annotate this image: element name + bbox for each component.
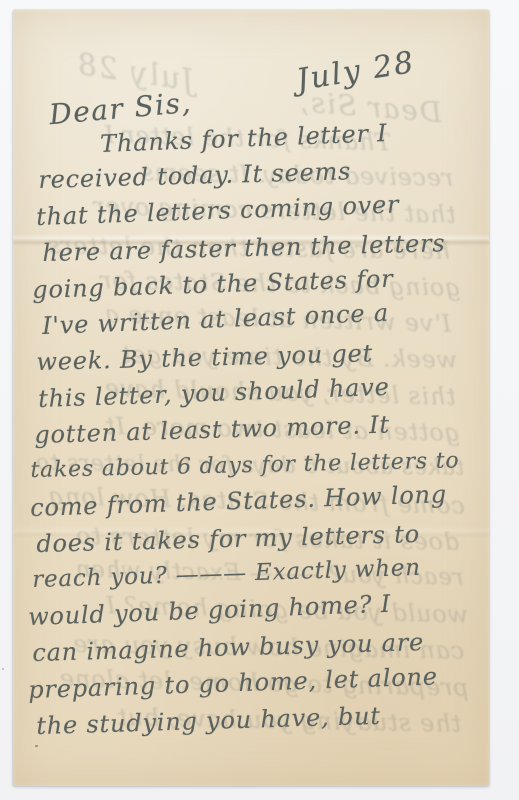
letter-paper: July 28 Dear Sis, Thanks for the letter … xyxy=(13,10,489,786)
letter-text: July 28 Dear Sis, Thanks for the letter … xyxy=(13,10,489,786)
letter-body: Thanks for the letter I received today. … xyxy=(13,130,489,749)
scan-speck xyxy=(2,668,4,670)
scan-background: July 28 Dear Sis, Thanks for the letter … xyxy=(0,0,519,800)
letter-salutation: Dear Sis, xyxy=(48,86,193,131)
letter-date: July 28 xyxy=(294,45,418,98)
